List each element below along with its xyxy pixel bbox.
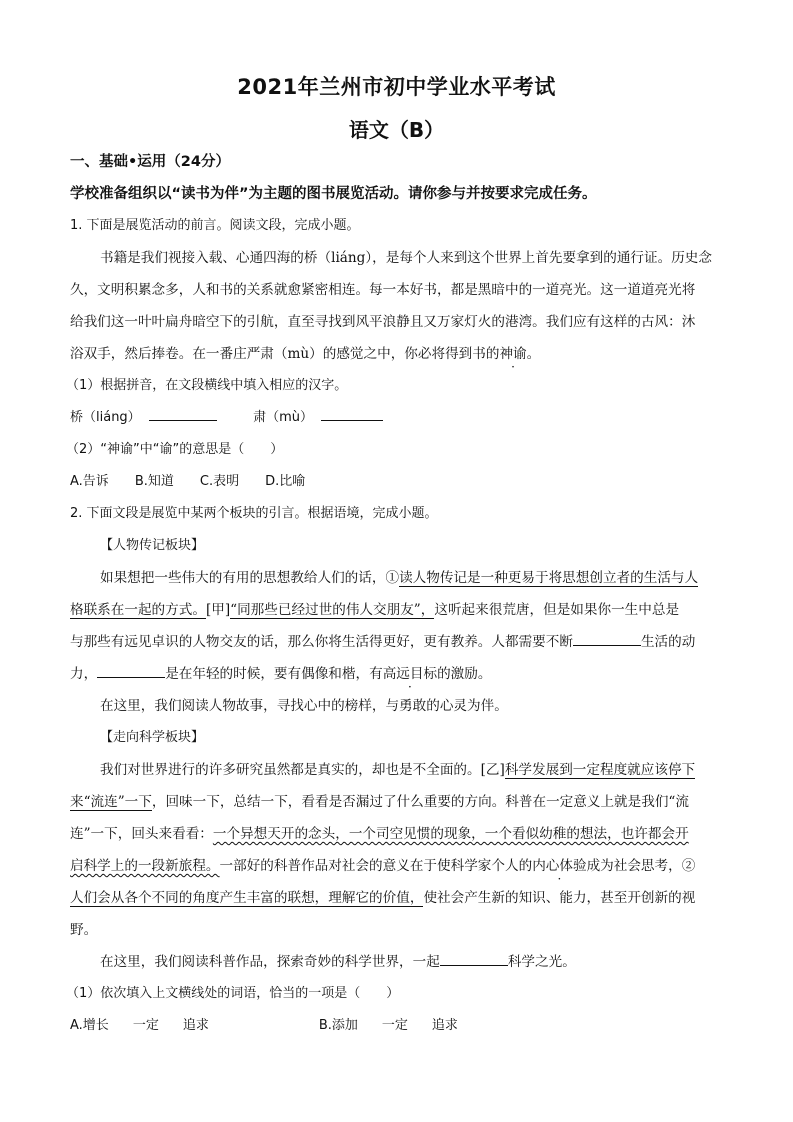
options-row: A.告诉B.知道C.表明D.比喻 [70,470,305,489]
underlined-sentence-1: 读人物传记是一种更易于将思想创立者的生活与人 [399,570,698,587]
subquestion-1-2: （2）“神谕”中“谕”的意思是（ ） [66,438,283,457]
passage-text: 浴双手，然后捧卷。在一番庄严肃（mù）的感觉之中，你必将得到书的 [70,346,499,362]
passage-text: 是在年轻的时候，要有偶像和楷，有 [165,666,383,682]
passage-line: 人们会从各个不同的角度产生丰富的联想，理解它的价值，使社会产生新的知识、能力，甚… [70,886,695,906]
passage-text: 科学之光。 [508,954,576,970]
options-row: A.增长一定追求B.添加一定追求 [70,1014,458,1033]
passage-text: 使社会产生新的知识、能力，甚至开创新的视 [423,890,695,906]
passage-text: 的激励。 [437,666,491,682]
passage-line: 给我们这一叶叶扁舟暗空下的引航，直至寻找到风平浪静且又万家灯火的港湾。我们应有这… [70,310,695,330]
dotted-word: 高远目标 [383,666,437,682]
passage-line: 我们对世界进行的许多研究虽然都是真实的，却也是不全面的。[乙]科学发展到一定程度… [100,758,695,778]
passage-text: 一部好的科普作品对社会的意义在于使科学家个人的 [220,858,533,874]
block-closing: 在这里，我们阅读人物故事，寻找心中的榜样，与勇敢的心灵为伴。 [100,694,508,714]
passage-text: 。 [527,346,541,362]
passage-text: 力， [70,666,97,682]
passage-line: 久，文明积累念多，人和书的关系就愈紧密相连。每一本好书，都是黑暗中的一道亮光。这… [70,278,695,298]
passage-line: 如果想把一些伟大的有用的思想教给人们的话，①读人物传记是一种更易于将思想创立者的… [100,566,698,586]
block-title-science: 【走向科学板块】 [100,726,204,745]
pinyin-answers: 桥（liáng） 肃（mù） [70,406,383,425]
option-text: 追求 [183,1018,209,1033]
exam-subtitle: 语文（B） [0,114,793,143]
answer-blank[interactable] [573,631,641,646]
option-b[interactable]: B.添加一定追求 [319,1018,458,1033]
option-text: 追求 [432,1018,458,1033]
passage-line: 来“流连”一下，回味一下，总结一下，看看是否漏过了什么重要的方向。科普在一定意义… [70,790,689,810]
section-intro: 学校准备组织以“读书为伴”为主题的图书展览活动。请你参与并按要求完成任务。 [70,182,597,203]
passage-line: 格联系在一起的方式。[甲]“同那些已经过世的伟人交朋友”，这听起来很荒唐，但是如… [70,598,679,618]
passage-text: 我们对世界进行的许多研究虽然都是真实的，却也是不全面的。[乙] [100,762,505,778]
underlined-sentence-jia: “同那些已经过世的伟人交朋友”， [230,602,434,619]
option-d[interactable]: D.比喻 [265,474,305,489]
dotted-word: 内心体验 [532,858,586,874]
wavy-underlined-text: 启科学上的一段新旅程。 [70,858,220,874]
answer-blank[interactable] [440,951,508,966]
pinyin-label: 肃（mù） [253,410,313,425]
passage-line: 野。 [70,918,97,938]
passage-line: 书籍是我们视接入载、心通四海的桥（liáng），是每个人来到这个世界上首先要拿到… [100,246,712,266]
subquestion-2-1: （1）依次填入上文横线处的词语，恰当的一项是（ ） [66,982,399,1001]
answer-blank[interactable] [321,406,383,421]
underlined-sentence-yi: 科学发展到一定程度就应该停下 [505,762,695,779]
option-a[interactable]: A.增长一定追求 [70,1018,209,1033]
passage-text: 成为社会思考，② [587,858,696,874]
section-heading: 一、基础•运用（24分） [70,150,230,171]
passage-line: 浴双手，然后捧卷。在一番庄严肃（mù）的感觉之中，你必将得到书的神谕。 [70,342,540,362]
question-1-stem: 1. 下面是展览活动的前言。阅读文段，完成小题。 [70,214,360,233]
option-text: B.添加 [319,1018,358,1033]
passage-line: 力，是在年轻的时候，要有偶像和楷，有高远目标的激励。 [70,662,491,682]
subquestion-1-1: （1）根据拼音，在文段横线中填入相应的汉字。 [66,374,347,393]
block-title-biography: 【人物传记板块】 [100,534,204,553]
option-a[interactable]: A.告诉 [70,474,109,489]
underlined-sentence-2: 人们会从各个不同的角度产生丰富的联想，理解它的价值， [70,890,423,907]
option-text: 一定 [382,1018,408,1033]
pinyin-label: 桥（liáng） [70,410,141,425]
passage-text: 在这里，我们阅读科普作品，探索奇妙的科学世界，一起 [100,954,440,970]
exam-page: 2021年兰州市初中学业水平考试 语文（B） 一、基础•运用（24分） 学校准备… [0,0,793,1122]
underlined-sentence-1: 格联系在一起的方式。 [70,602,206,619]
passage-line: 与那些有远见卓识的人物交友的话，那么你将生活得更好，更有教养。人都需要不断生活的… [70,630,695,650]
underlined-sentence-yi: 来“流连”一下 [70,794,152,811]
option-c[interactable]: C.表明 [200,474,239,489]
option-text: 一定 [133,1018,159,1033]
wavy-underlined-text: 一个异想天开的念头，一个司空见惯的现象，一个看似幼稚的想法，也许都会开 [213,826,689,842]
passage-text: 与那些有远见卓识的人物交友的话，那么你将生活得更好，更有教养。人都需要不断 [70,634,573,650]
question-2-stem: 2. 下面文段是展览中某两个板块的引言。根据语境，完成小题。 [70,502,438,521]
answer-blank[interactable] [97,663,165,678]
option-text: A.增长 [70,1018,109,1033]
passage-text: 连”一下，回头来看看： [70,826,213,842]
block-closing: 在这里，我们阅读科普作品，探索奇妙的科学世界，一起科学之光。 [100,950,576,970]
exam-title: 2021年兰州市初中学业水平考试 [0,71,793,101]
option-b[interactable]: B.知道 [135,474,174,489]
passage-line: 连”一下，回头来看看：一个异想天开的念头，一个司空见惯的现象，一个看似幼稚的想法… [70,822,689,842]
marker-jia: [甲] [206,602,230,618]
passage-text: 如果想把一些伟大的有用的思想教给人们的话，① [100,570,399,586]
dotted-word: 神谕 [499,346,526,362]
passage-text: ，回味一下，总结一下，看看是否漏过了什么重要的方向。科普在一定意义上就是我们“流 [152,794,689,810]
answer-blank[interactable] [149,406,217,421]
passage-text: 这听起来很荒唐，但是如果你一生中总是 [434,602,679,618]
passage-line: 启科学上的一段新旅程。一部好的科普作品对社会的意义在于使科学家个人的内心体验成为… [70,854,695,874]
passage-text: 生活的动 [641,634,695,650]
